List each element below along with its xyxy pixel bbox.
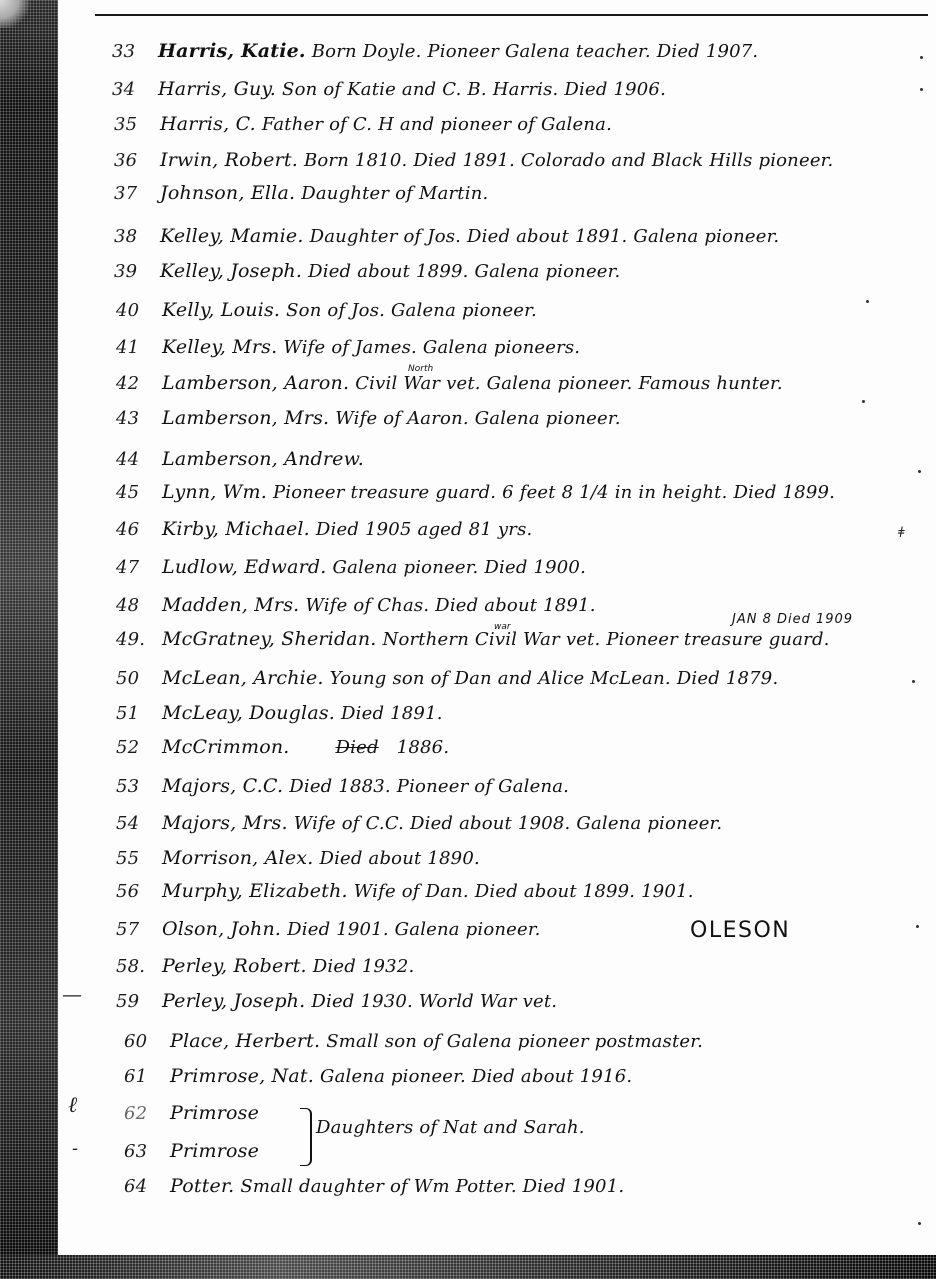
entry-description: Died 1883. Pioneer of Galena.	[289, 776, 569, 797]
entry-number: 58.	[116, 956, 162, 977]
entry-51: 51 McLeay, Douglas. Died 1891.	[116, 702, 443, 732]
entry-name: McLean, Archie.	[162, 667, 324, 689]
entry-description: Born Doyle. Pioneer Galena teacher. Died…	[312, 41, 759, 62]
scan-speck	[918, 1222, 921, 1225]
entry-description: Wife of C.C. Died about 1908. Galena pio…	[294, 813, 723, 834]
entry-61: 61 Primrose, Nat. Galena pioneer. Died a…	[124, 1065, 632, 1095]
entry-37: 37 Johnson, Ella. Daughter of Martin.	[114, 182, 488, 212]
entry-38: 38 Kelley, Mamie. Daughter of Jos. Died …	[114, 225, 779, 255]
entry-number: 45	[116, 482, 162, 503]
entry-name: Kelly, Louis.	[162, 299, 280, 321]
scan-speck	[912, 680, 915, 683]
entry-number: 36	[114, 150, 160, 171]
entry-number: 59	[116, 991, 162, 1012]
margin-check-mark: ℓ	[68, 1092, 77, 1118]
entry-name: Perley, Robert.	[162, 955, 307, 977]
entry-34: 34 Harris, Guy. Son of Katie and C. B. H…	[112, 78, 666, 108]
entry-name: Place, Herbert.	[170, 1030, 320, 1052]
entry-description: Died 1930. World War vet.	[311, 991, 557, 1012]
entry-name: Potter.	[170, 1175, 234, 1197]
entry-44: 44 Lamberson, Andrew.	[116, 448, 370, 478]
scan-speck	[920, 56, 923, 59]
entry-number: 35	[114, 114, 160, 135]
entry-description: Son of Katie and C. B. Harris. Died 1906…	[282, 79, 666, 100]
entry-description: Daughter of Jos. Died about 1891. Galena…	[310, 226, 780, 247]
entry-59: 59 Perley, Joseph. Died 1930. World War …	[116, 990, 557, 1020]
margin-dash-mark: -	[72, 1138, 78, 1159]
entry-number: 47	[116, 557, 162, 578]
entry-description: Wife of James. Galena pioneers.	[283, 337, 580, 358]
entry-52: 52 McCrimmon. Died 1886.	[116, 736, 449, 766]
entry-number: 56	[116, 881, 162, 902]
entry-48: 48 Madden, Mrs. Wife of Chas. Died about…	[116, 594, 596, 624]
entry-description: Wife of Dan. Died about 1899. 1901.	[354, 881, 694, 902]
entry-description: Died about 1899. Galena pioneer.	[308, 261, 620, 282]
entry-name: Majors, C.C.	[162, 775, 283, 797]
register-entries: 33 Harris, Katie. Born Doyle. Pioneer Ga…	[0, 0, 936, 1279]
entry-49: 49. McGratney, Sheridan. Northern Civil …	[116, 628, 830, 658]
entry-name: Lamberson, Mrs.	[162, 407, 329, 429]
entry-54: 54 Majors, Mrs. Wife of C.C. Died about …	[116, 812, 722, 842]
entry-name: Kelley, Joseph.	[160, 260, 302, 282]
entry-35: 35 Harris, C. Father of C. H and pioneer…	[114, 113, 612, 143]
entry-description: Died 1901. Galena pioneer.	[287, 919, 540, 940]
entry-39: 39 Kelley, Joseph. Died about 1899. Gale…	[114, 260, 620, 290]
entry-name: Ludlow, Edward.	[162, 556, 327, 578]
entry-number: 55	[116, 848, 162, 869]
entry-name: Primrose	[170, 1140, 259, 1162]
entry-name: Madden, Mrs.	[162, 594, 299, 616]
entry-name: Olson, John.	[162, 918, 281, 940]
entry-name: Morrison, Alex.	[162, 847, 313, 869]
entry-number: 37	[114, 183, 160, 204]
entry-55: 55 Morrison, Alex. Died about 1890.	[116, 847, 480, 877]
entry-name: Harris, Katie.	[158, 40, 306, 62]
entry-description: Young son of Dan and Alice McLean. Died …	[330, 668, 779, 689]
scan-speck	[866, 300, 869, 303]
entry-description: Son of Jos. Galena pioneer.	[286, 300, 537, 321]
entry-description: Pioneer treasure guard. 6 feet 8 1/4 in …	[273, 482, 835, 503]
entry-name: Perley, Joseph.	[162, 990, 305, 1012]
entry-41: 41 Kelley, Mrs. Wife of James. Galena pi…	[116, 336, 580, 366]
annotation-war: war	[494, 622, 511, 632]
entry-58: 58. Perley, Robert. Died 1932.	[116, 955, 414, 985]
entry-number: 48	[116, 595, 162, 616]
entry-name: Lamberson, Aaron.	[162, 372, 349, 394]
entry-description: Died about 1890.	[319, 848, 479, 869]
entry-name: Kelley, Mamie.	[160, 225, 304, 247]
entry-33: 33 Harris, Katie. Born Doyle. Pioneer Ga…	[112, 40, 758, 70]
entry-name: Kelley, Mrs.	[162, 336, 277, 358]
entry-name: Majors, Mrs.	[162, 812, 288, 834]
entry-name: Lynn, Wm.	[162, 481, 267, 503]
entry-57: 57 Olson, John. Died 1901. Galena pionee…	[116, 918, 541, 948]
entry-name: McCrimmon.	[162, 736, 290, 758]
entry-name: Primrose, Nat.	[170, 1065, 314, 1087]
scan-speck	[918, 470, 921, 473]
entry-number: 51	[116, 703, 162, 724]
entry-name: Lamberson, Andrew.	[162, 448, 364, 470]
scanned-page-frame: 33 Harris, Katie. Born Doyle. Pioneer Ga…	[0, 0, 936, 1279]
entry-name: McLeay, Douglas.	[162, 702, 335, 724]
entry-number: 34	[112, 79, 158, 100]
entry-name: Kirby, Michael.	[162, 518, 310, 540]
entry-43: 43 Lamberson, Mrs. Wife of Aaron. Galena…	[116, 407, 621, 437]
entry-description: Wife of Aaron. Galena pioneer.	[335, 408, 620, 429]
entry-name: Harris, Guy.	[158, 78, 276, 100]
entry-name: Primrose	[170, 1102, 259, 1124]
entry-name: Murphy, Elizabeth.	[162, 880, 348, 902]
entry-number: 53	[116, 776, 162, 797]
entry-description: Daughter of Martin.	[301, 183, 488, 204]
entry-40: 40 Kelly, Louis. Son of Jos. Galena pion…	[116, 299, 537, 329]
entry-36: 36 Irwin, Robert. Born 1810. Died 1891. …	[114, 149, 833, 179]
entry-number: 44	[116, 449, 162, 470]
entry-64: 64 Potter. Small daughter of Wm Potter. …	[124, 1175, 624, 1205]
entry-number: 60	[124, 1031, 170, 1052]
entry-number: 62	[124, 1103, 170, 1124]
bracket-note: Daughters of Nat and Sarah.	[316, 1117, 585, 1147]
annotation-jan-8-died-1909: JAN 8 Died 1909	[732, 612, 853, 627]
entry-number: 64	[124, 1176, 170, 1197]
entry-number: 39	[114, 261, 160, 282]
entry-description: Born 1810. Died 1891. Colorado and Black…	[304, 150, 833, 171]
entry-number: 49.	[116, 629, 162, 650]
entry-description: Died 1891.	[341, 703, 443, 724]
entry-description: Civil War vet. Galena pioneer. Famous hu…	[355, 373, 783, 394]
entry-description: Father of C. H and pioneer of Galena.	[262, 114, 612, 135]
entry-number: 41	[116, 337, 162, 358]
entry-number: 54	[116, 813, 162, 834]
entry-60: 60 Place, Herbert. Small son of Galena p…	[124, 1030, 703, 1060]
scan-speck	[916, 925, 919, 928]
entry-year: 1886.	[397, 737, 450, 758]
entry-number: 46	[116, 519, 162, 540]
entry-description: Died 1932.	[313, 956, 415, 977]
entry-description: Northern Civil War vet. Pioneer treasure…	[383, 629, 830, 650]
entry-description: Galena pioneer. Died about 1916.	[320, 1066, 632, 1087]
entry-name: Irwin, Robert.	[160, 149, 298, 171]
entry-number: 52	[116, 737, 162, 758]
entry-number: 40	[116, 300, 162, 321]
entry-number: 42	[116, 373, 162, 394]
entry-50: 50 McLean, Archie. Young son of Dan and …	[116, 667, 778, 697]
entry-42: 42 Lamberson, Aaron. Civil War vet. Gale…	[116, 372, 783, 402]
entry-name: McGratney, Sheridan.	[162, 628, 377, 650]
entry-47: 47 Ludlow, Edward. Galena pioneer. Died …	[116, 556, 586, 586]
entry-62: 62 Primrose	[124, 1102, 265, 1132]
entry-description: Small son of Galena pioneer postmaster.	[326, 1031, 703, 1052]
entry-number: 63	[124, 1141, 170, 1162]
entry-description: Died 1905 aged 81 yrs.	[316, 519, 533, 540]
struck-text-died: Died	[336, 737, 379, 758]
entry-number: 33	[112, 41, 158, 62]
entry-number: 61	[124, 1066, 170, 1087]
margin-arrow-mark: —	[62, 982, 82, 1006]
annotation-north: North	[408, 364, 433, 374]
entry-46: 46 Kirby, Michael. Died 1905 aged 81 yrs…	[116, 518, 532, 548]
entry-63: 63 Primrose	[124, 1140, 265, 1170]
entry-number: 50	[116, 668, 162, 689]
entry-53: 53 Majors, C.C. Died 1883. Pioneer of Ga…	[116, 775, 569, 805]
entry-description: Small daughter of Wm Potter. Died 1901.	[240, 1176, 624, 1197]
bracket-62-63	[300, 1108, 312, 1166]
entry-name: Johnson, Ella.	[160, 182, 295, 204]
entry-number: 57	[116, 919, 162, 940]
entry-56: 56 Murphy, Elizabeth. Wife of Dan. Died …	[116, 880, 694, 910]
scan-speck	[862, 400, 865, 403]
entry-45: 45 Lynn, Wm. Pioneer treasure guard. 6 f…	[116, 481, 835, 511]
entry-number: 38	[114, 226, 160, 247]
annotation-oleson: OLESON	[690, 918, 790, 943]
entry-name: Harris, C.	[160, 113, 256, 135]
scan-speck	[920, 88, 923, 91]
entry-number: 43	[116, 408, 162, 429]
entry-description: Galena pioneer. Died 1900.	[333, 557, 586, 578]
margin-tick-mark: ǂ	[898, 525, 904, 541]
entry-description: Wife of Chas. Died about 1891.	[305, 595, 595, 616]
